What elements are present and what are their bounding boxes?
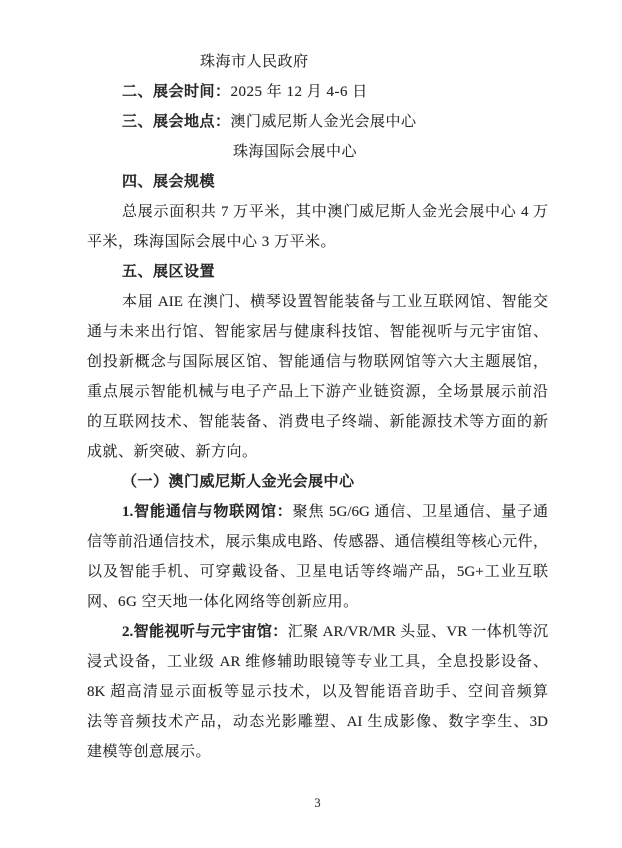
- text-run: 二、展会时间：: [122, 84, 231, 100]
- text-run: 珠海市人民政府: [200, 54, 309, 70]
- text-run: 8K 超高清显示面板等显示技术，以及智能语音助手、空间音频算: [87, 684, 548, 700]
- text-line: 总展示面积共 7 万平米，其中澳门威尼斯人金光会展中心 4 万: [87, 197, 548, 227]
- text-run: 1.智能通信与物联网馆：: [122, 504, 293, 520]
- text-line: 四、展会规模: [87, 167, 548, 197]
- document-body: 珠海市人民政府二、展会时间：2025 年 12 月 4-6 日三、展会地点：澳门…: [87, 47, 548, 767]
- text-line: 法等音频技术产品，动态光影雕塑、AI 生成影像、数字孪生、3D: [87, 707, 548, 737]
- text-line: 2.智能视听与元宇宙馆：汇聚 AR/VR/MR 头显、VR 一体机等沉: [87, 617, 548, 647]
- text-line: 二、展会时间：2025 年 12 月 4-6 日: [87, 77, 548, 107]
- page-number: 3: [87, 796, 548, 811]
- text-line: 网、6G 空天地一体化网络等创新应用。: [87, 587, 548, 617]
- text-line: 以及智能手机、可穿戴设备、卫星电话等终端产品，5G+工业互联: [87, 557, 548, 587]
- text-line: 三、展会地点：澳门威尼斯人金光会展中心: [87, 107, 548, 137]
- text-line: 建模等创意展示。: [87, 737, 548, 767]
- text-run: 2.智能视听与元宇宙馆：: [122, 624, 288, 640]
- text-run: 2025 年 12 月 4-6 日: [231, 84, 368, 100]
- document-page: 珠海市人民政府二、展会时间：2025 年 12 月 4-6 日三、展会地点：澳门…: [0, 0, 622, 848]
- text-run: 网、6G 空天地一体化网络等创新应用。: [87, 594, 359, 610]
- text-run: 总展示面积共 7 万平米，其中澳门威尼斯人金光会展中心 4 万: [122, 204, 548, 220]
- text-run: （一）澳门威尼斯人金光会展中心: [122, 474, 355, 490]
- text-run: 本届 AIE 在澳门、横琴设置智能装备与工业互联网馆、智能交: [122, 294, 548, 310]
- text-run: 珠海国际会展中心: [233, 144, 357, 160]
- text-run: 三、展会地点：: [122, 114, 231, 130]
- text-run: 成就、新突破、新方向。: [87, 444, 258, 460]
- text-run: 澳门威尼斯人金光会展中心: [231, 114, 417, 130]
- text-line: 浸式设备，工业级 AR 维修辅助眼镜等专业工具，全息投影设备、: [87, 647, 548, 677]
- text-line: 通与未来出行馆、智能家居与健康科技馆、智能视听与元宇宙馆、: [87, 317, 548, 347]
- text-run: 创投新概念与国际展区馆、智能通信与物联网馆等六大主题展馆，: [87, 354, 548, 370]
- text-line: 珠海国际会展中心: [87, 137, 548, 167]
- text-line: 五、展区设置: [87, 257, 548, 287]
- text-run: 的互联网技术、智能装备、消费电子终端、新能源技术等方面的新: [87, 414, 548, 430]
- text-run: 浸式设备，工业级 AR 维修辅助眼镜等专业工具，全息投影设备、: [87, 654, 548, 670]
- text-line: 平米，珠海国际会展中心 3 万平米。: [87, 227, 548, 257]
- text-run: 法等音频技术产品，动态光影雕塑、AI 生成影像、数字孪生、3D: [87, 714, 548, 730]
- text-run: 五、展区设置: [122, 264, 215, 280]
- text-run: 重点展示智能机械与电子产品上下游产业链资源，全场景展示前沿: [87, 384, 548, 400]
- text-run: 以及智能手机、可穿戴设备、卫星电话等终端产品，5G+工业互联: [87, 564, 548, 580]
- text-run: 建模等创意展示。: [87, 744, 211, 760]
- text-run: 信等前沿通信技术，展示集成电路、传感器、通信模组等核心元件，: [87, 534, 548, 550]
- text-line: 成就、新突破、新方向。: [87, 437, 548, 467]
- text-run: 四、展会规模: [122, 174, 215, 190]
- text-line: 珠海市人民政府: [87, 47, 548, 77]
- text-line: 的互联网技术、智能装备、消费电子终端、新能源技术等方面的新: [87, 407, 548, 437]
- text-run: 汇聚 AR/VR/MR 头显、VR 一体机等沉: [288, 624, 548, 640]
- text-run: 平米，珠海国际会展中心 3 万平米。: [87, 234, 336, 250]
- text-line: 8K 超高清显示面板等显示技术，以及智能语音助手、空间音频算: [87, 677, 548, 707]
- text-line: 创投新概念与国际展区馆、智能通信与物联网馆等六大主题展馆，: [87, 347, 548, 377]
- text-run: 聚焦 5G/6G 通信、卫星通信、量子通: [293, 504, 548, 520]
- text-line: 本届 AIE 在澳门、横琴设置智能装备与工业互联网馆、智能交: [87, 287, 548, 317]
- text-line: （一）澳门威尼斯人金光会展中心: [87, 467, 548, 497]
- text-line: 1.智能通信与物联网馆：聚焦 5G/6G 通信、卫星通信、量子通: [87, 497, 548, 527]
- text-line: 重点展示智能机械与电子产品上下游产业链资源，全场景展示前沿: [87, 377, 548, 407]
- text-run: 通与未来出行馆、智能家居与健康科技馆、智能视听与元宇宙馆、: [87, 324, 548, 340]
- text-line: 信等前沿通信技术，展示集成电路、传感器、通信模组等核心元件，: [87, 527, 548, 557]
